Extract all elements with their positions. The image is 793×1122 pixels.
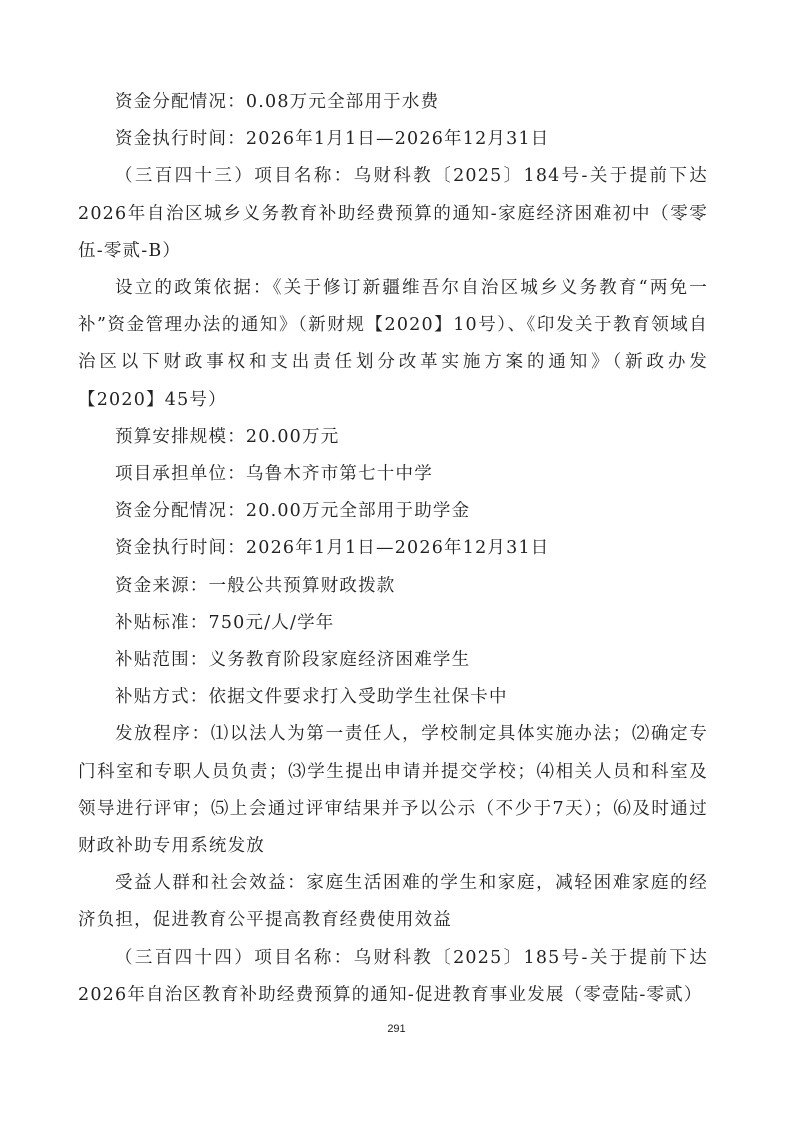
paragraph-subsidy-method: 补贴方式：依据文件要求打入受助学生社保卡中	[78, 679, 708, 716]
paragraph-fund-source: 资金来源：一般公共预算财政拨款	[78, 568, 708, 605]
paragraph-subsidy-scope: 补贴范围：义务教育阶段家庭经济困难学生	[78, 642, 708, 679]
paragraph-project-343-title: （三百四十三）项目名称：乌财科教〔2025〕184号-关于提前下达2026年自治…	[78, 158, 708, 270]
paragraph-fund-allocation-prev: 资金分配情况：0.08万元全部用于水费	[78, 84, 708, 121]
paragraph-beneficiaries: 受益人群和社会效益：家庭生活困难的学生和家庭，减轻困难家庭的经济负担，促进教育公…	[78, 865, 708, 939]
page-number: 291	[0, 1023, 793, 1035]
paragraph-project-344-title: （三百四十四）项目名称：乌财科教〔2025〕185号-关于提前下达2026年自治…	[78, 940, 708, 1014]
paragraph-distribution-procedure: 发放程序：⑴以法人为第一责任人，学校制定具体实施办法；⑵确定专门科室和专职人员负…	[78, 716, 708, 865]
paragraph-policy-basis: 设立的政策依据：《关于修订新疆维吾尔自治区城乡义务教育“两免一补”资金管理办法的…	[78, 270, 708, 419]
paragraph-budget-scale: 预算安排规模：20.00万元	[78, 419, 708, 456]
paragraph-fund-allocation: 资金分配情况：20.00万元全部用于助学金	[78, 493, 708, 530]
document-body: 资金分配情况：0.08万元全部用于水费 资金执行时间：2026年1月1日—202…	[78, 84, 708, 1014]
paragraph-subsidy-standard: 补贴标准：750元/人/学年	[78, 605, 708, 642]
paragraph-execution-time: 资金执行时间：2026年1月1日—2026年12月31日	[78, 530, 708, 567]
paragraph-undertaking-unit: 项目承担单位：乌鲁木齐市第七十中学	[78, 456, 708, 493]
paragraph-execution-time-prev: 资金执行时间：2026年1月1日—2026年12月31日	[78, 121, 708, 158]
